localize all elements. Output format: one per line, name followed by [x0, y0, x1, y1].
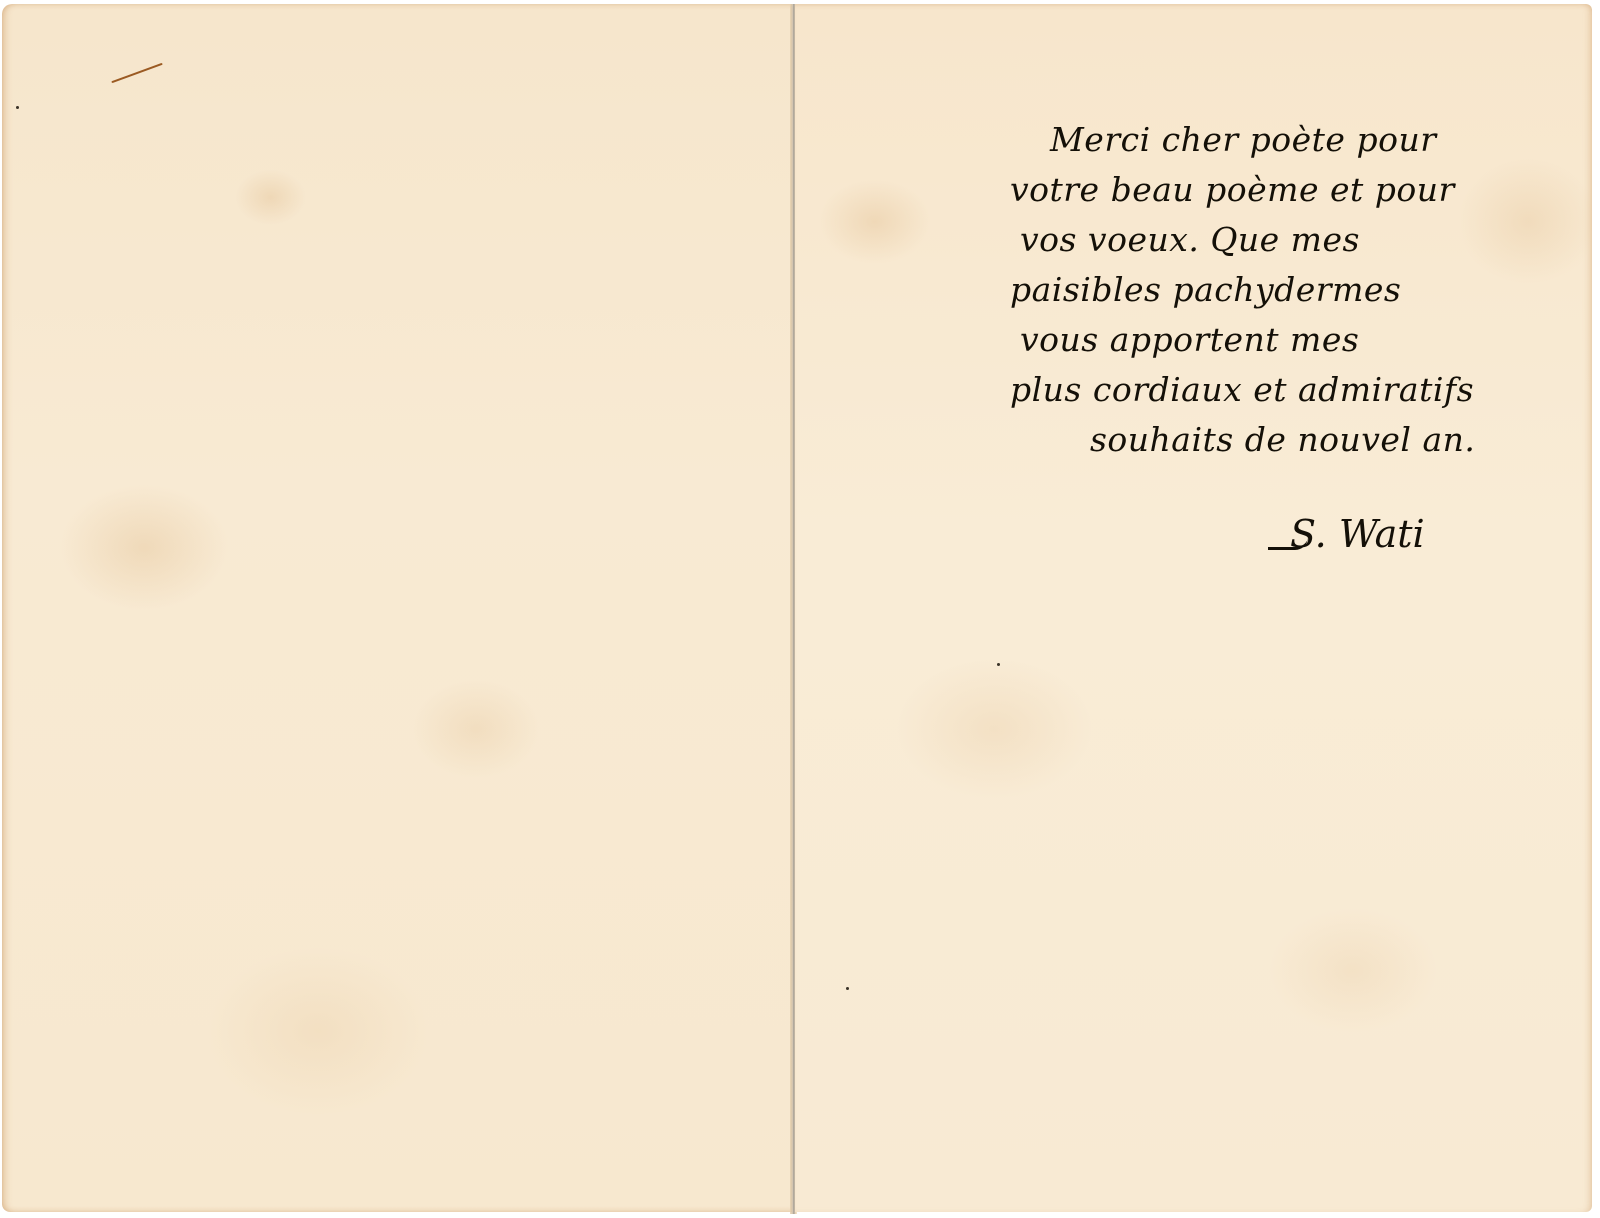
letter-line: plus cordiaux et admiratifs [1010, 365, 1570, 415]
signature: S. Wati [1290, 512, 1425, 556]
handwritten-letter-body: Merci cher poète pour votre beau poème e… [1010, 115, 1570, 465]
letter-line: vous apportent mes [1010, 315, 1570, 365]
scanned-folded-card: Merci cher poète pour votre beau poème e… [0, 0, 1600, 1218]
letter-line: Merci cher poète pour [1010, 115, 1570, 165]
paper-speck [16, 106, 19, 109]
paper-fiber-mark [111, 63, 162, 83]
letter-line: paisibles pachydermes [1010, 265, 1570, 315]
paper-speck [846, 987, 849, 990]
letter-line: votre beau poème et pour [1010, 165, 1570, 215]
paper-speck [997, 663, 1000, 666]
letter-line: vos voeux. Que mes [1010, 215, 1570, 265]
left-page-blank [2, 4, 792, 1212]
letter-line: souhaits de nouvel an. [1010, 415, 1570, 465]
